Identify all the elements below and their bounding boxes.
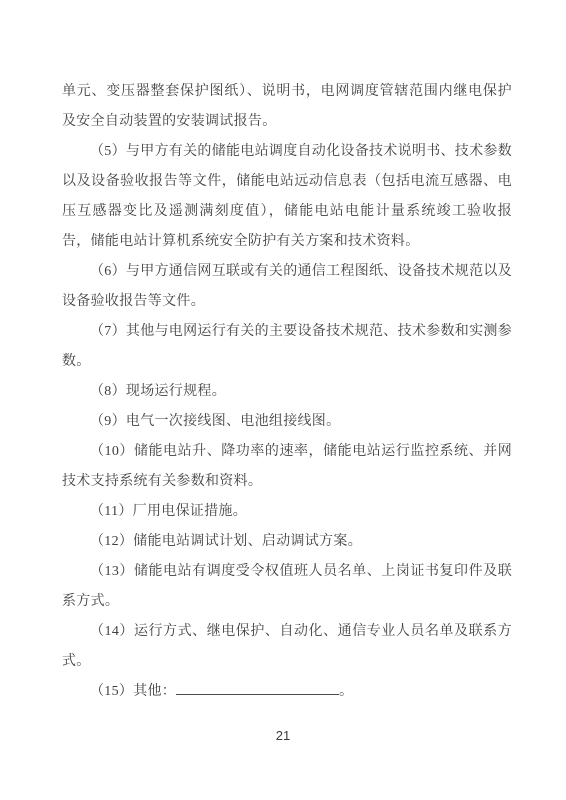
paragraph-6: （9）电气一次接线图、电池组接线图。 <box>62 407 512 437</box>
paragraph-text: （13）储能电站有调度受令权值班人员名单、上岗证书复印件及联系方式。 <box>62 564 512 609</box>
paragraph-text: （8）现场运行规程。 <box>90 384 226 399</box>
paragraph-text: （9）电气一次接线图、电池组接线图。 <box>90 414 340 429</box>
fill-in-blank[interactable] <box>176 680 339 695</box>
paragraph-text: （14）运行方式、继电保护、自动化、通信专业人员名单及联系方式。 <box>62 624 512 669</box>
paragraph-text: （7）其他与电网运行有关的主要设备技术规范、技术参数和实测参数。 <box>62 324 512 369</box>
paragraph-text: （15）其他： <box>90 684 176 699</box>
paragraph-9: （12）储能电站调试计划、启动调试方案。 <box>62 527 512 557</box>
paragraph-8: （11）厂用电保证措施。 <box>62 497 512 527</box>
paragraph-text: （12）储能电站调试计划、启动调试方案。 <box>90 534 362 549</box>
paragraph-text: 单元、变压器整套保护图纸）、说明书，电网调度管辖范围内继电保护及安全自动装置的安… <box>62 84 512 129</box>
document-page: 单元、变压器整套保护图纸）、说明书，电网调度管辖范围内继电保护及安全自动装置的安… <box>0 0 566 800</box>
paragraph-12: （15）其他：。 <box>62 677 512 707</box>
paragraph-11: （14）运行方式、继电保护、自动化、通信专业人员名单及联系方式。 <box>62 617 512 677</box>
paragraph-1: 单元、变压器整套保护图纸）、说明书，电网调度管辖范围内继电保护及安全自动装置的安… <box>62 77 512 137</box>
paragraph-text: （11）厂用电保证措施。 <box>90 504 247 519</box>
paragraph-5: （8）现场运行规程。 <box>62 377 512 407</box>
paragraph-text: （5）与甲方有关的储能电站调度自动化设备技术说明书、技术参数以及设备验收报告等文… <box>62 144 512 249</box>
paragraph-4: （7）其他与电网运行有关的主要设备技术规范、技术参数和实测参数。 <box>62 317 512 377</box>
paragraph-text: （10）储能电站升、降功率的速率，储能电站运行监控系统、并网技术支持系统有关参数… <box>62 444 512 489</box>
paragraph-3: （6）与甲方通信网互联或有关的通信工程图纸、设备技术规范以及设备验收报告等文件。 <box>62 257 512 317</box>
document-body: 单元、变压器整套保护图纸）、说明书，电网调度管辖范围内继电保护及安全自动装置的安… <box>62 77 512 707</box>
page-number: 21 <box>0 727 566 745</box>
paragraph-text: （6）与甲方通信网互联或有关的通信工程图纸、设备技术规范以及设备验收报告等文件。 <box>62 264 512 309</box>
paragraph-10: （13）储能电站有调度受令权值班人员名单、上岗证书复印件及联系方式。 <box>62 557 512 617</box>
paragraph-2: （5）与甲方有关的储能电站调度自动化设备技术说明书、技术参数以及设备验收报告等文… <box>62 137 512 257</box>
paragraph-7: （10）储能电站升、降功率的速率，储能电站运行监控系统、并网技术支持系统有关参数… <box>62 437 512 497</box>
paragraph-suffix: 。 <box>339 684 353 699</box>
